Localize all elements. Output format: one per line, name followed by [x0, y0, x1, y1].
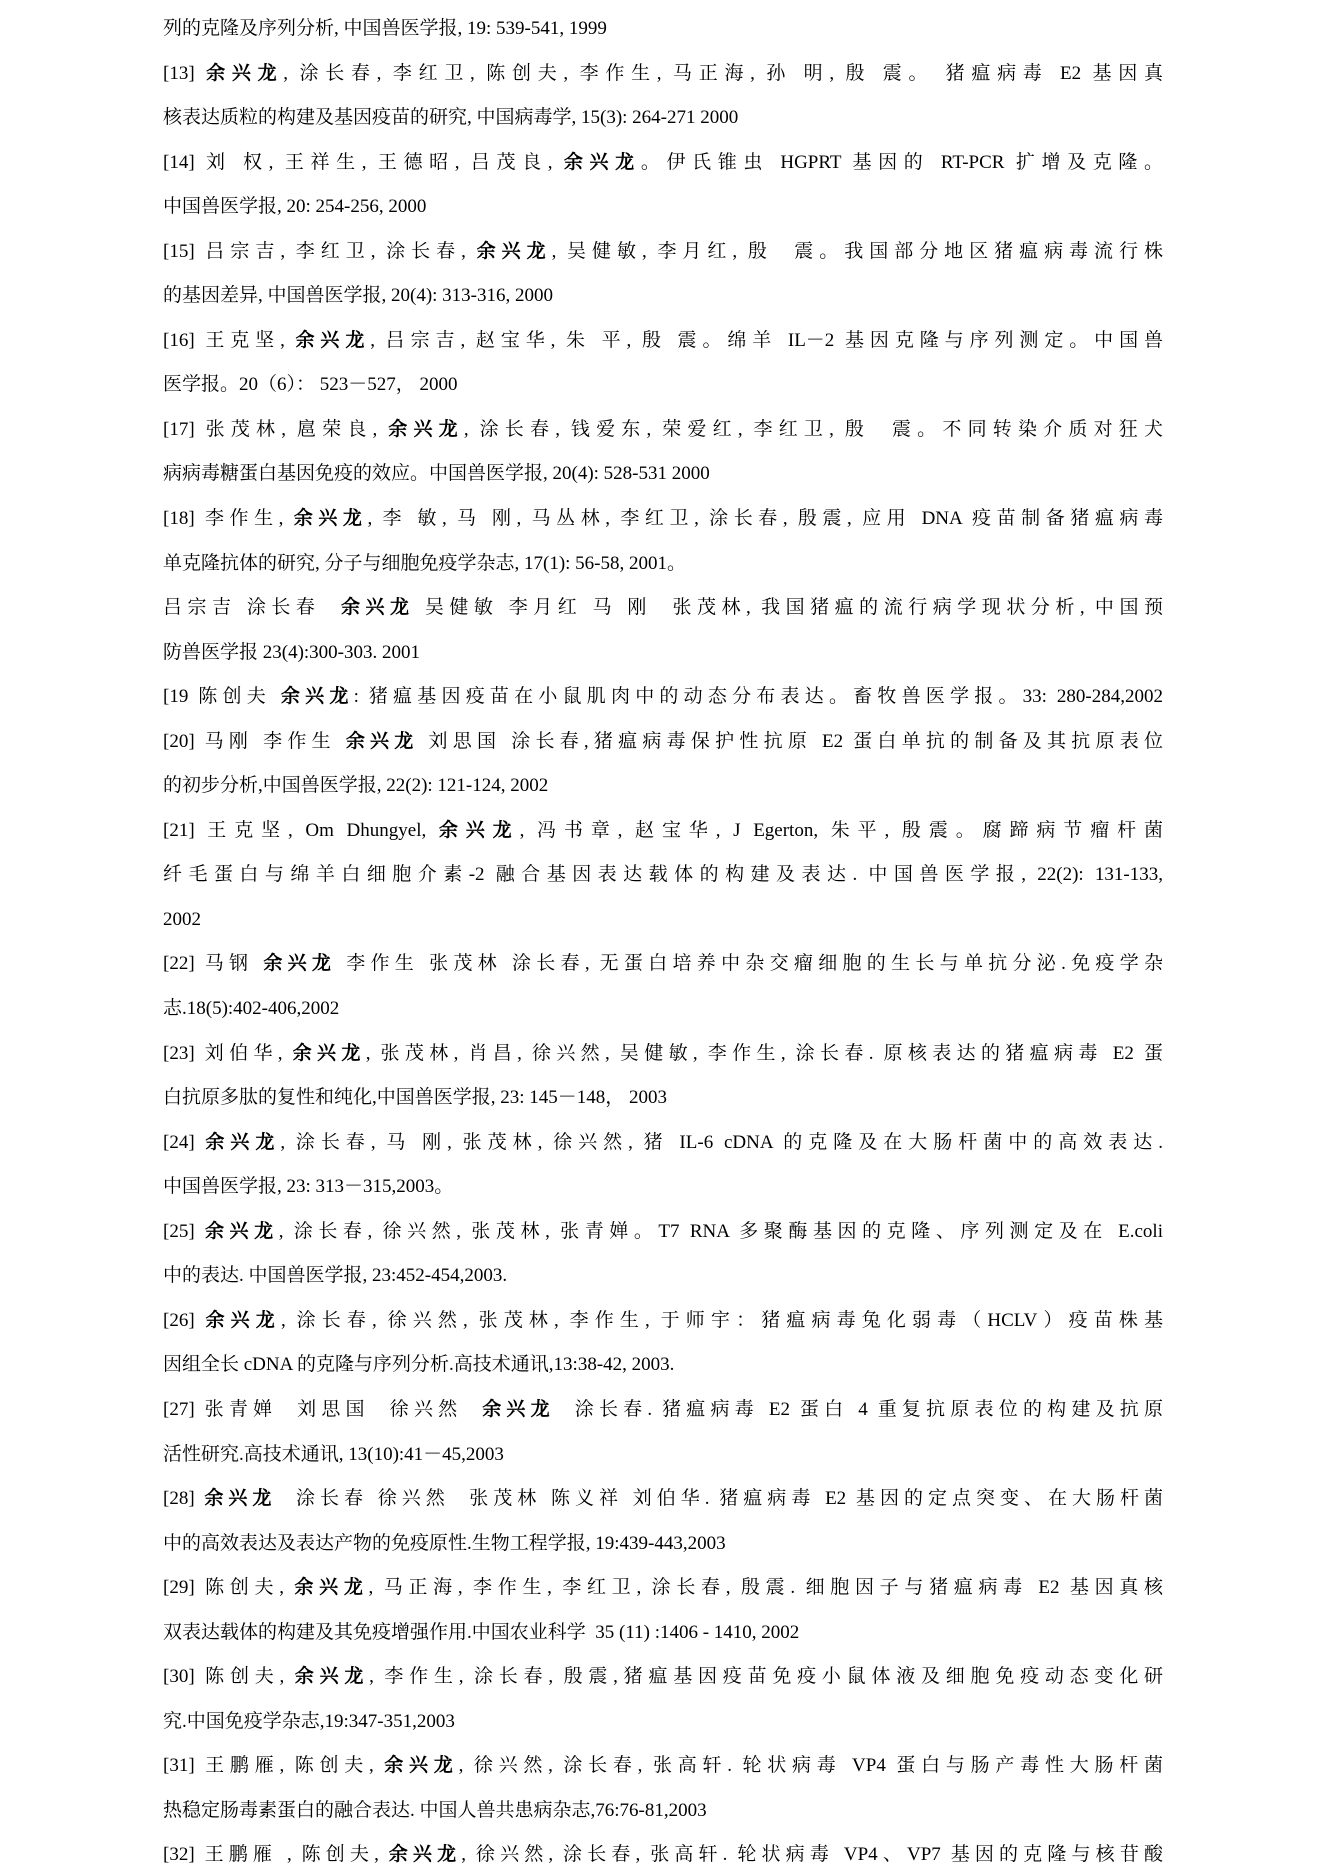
author-name-highlight: 余兴龙	[205, 1132, 280, 1153]
reference-line: 中的高效表达及表达产物的免疫原性.生物工程学报, 19:439-443,2003	[163, 1522, 1163, 1567]
reference-line: [14] 刘 权, 王祥生, 王德昭, 吕茂良, 余兴龙。伊氏锥虫 HGPRT …	[163, 141, 1163, 186]
publication-list: 列的克隆及序列分析, 中国兽医学报, 19: 539-541, 1999[13]…	[163, 7, 1163, 1871]
reference-line: 纤毛蛋白与绵羊白细胞介素-2 融合基因表达载体的构建及表达. 中国兽医学报, 2…	[163, 853, 1163, 898]
reference-text: 因组全长 cDNA 的克隆与序列分析.高技术通讯,13:38-42, 2003.	[163, 1354, 674, 1375]
reference-line: 医学报。20（6）： 523－527， 2000	[163, 363, 1163, 408]
reference-text: , 冯书章, 赵宝华, J Egerton, 朱平, 殷震。腐蹄病节瘤杆菌	[520, 820, 1163, 841]
reference-line: 列的克隆及序列分析, 中国兽医学报, 19: 539-541, 1999	[163, 7, 1163, 52]
reference-text: , 徐兴然, 涂长春, 张高轩. 轮状病毒 VP4 蛋白与肠产毒性大肠杆菌	[459, 1755, 1163, 1776]
document-page: 列的克隆及序列分析, 中国兽医学报, 19: 539-541, 1999[13]…	[0, 0, 1323, 1871]
reference-text: , 马正海, 李作生, 李红卫, 涂长春, 殷震. 细胞因子与猪瘟病毒 E2 基…	[369, 1577, 1163, 1598]
reference-text: , 徐兴然, 涂长春, 张高轩. 轮状病毒 VP4、VP7 基因的克隆与核苷酸	[461, 1844, 1163, 1865]
reference-text: 中国兽医学报, 23: 313－315,2003。	[163, 1176, 453, 1197]
author-name-highlight: 余兴龙	[564, 152, 641, 173]
reference-line: 双表达载体的构建及其免疫增强作用.中国农业科学 35 (11) :1406 - …	[163, 1611, 1163, 1656]
reference-text: [19 陈创夫	[163, 686, 281, 707]
author-name-highlight: 余兴龙	[384, 1755, 458, 1776]
reference-line: 吕宗吉 涂长春 余兴龙 吴健敏 李月红 马 刚 张茂林, 我国猪瘟的流行病学现状…	[163, 586, 1163, 631]
reference-text: [22] 马钢	[163, 953, 263, 974]
reference-line: 的基因差异, 中国兽医学报, 20(4): 313-316, 2000	[163, 274, 1163, 319]
reference-text: 单克隆抗体的研究, 分子与细胞免疫学杂志, 17(1): 56-58, 2001…	[163, 553, 686, 574]
reference-text: 中国兽医学报, 20: 254-256, 2000	[163, 196, 426, 217]
reference-text: , 涂长春, 徐兴然, 张茂林, 李作生, 于师宇：猪瘟病毒兔化弱毒（HCLV）…	[281, 1310, 1163, 1331]
author-name-highlight: 余兴龙	[206, 1310, 281, 1331]
reference-line: [16] 王克坚, 余兴龙, 吕宗吉, 赵宝华, 朱 平, 殷 震。绵羊 IL－…	[163, 319, 1163, 364]
reference-line: [21] 王克坚, Om Dhungyel, 余兴龙, 冯书章, 赵宝华, J …	[163, 809, 1163, 854]
author-name-highlight: 余兴龙	[295, 1666, 369, 1687]
reference-line: [13] 余兴龙, 涂长春, 李红卫, 陈创夫, 李作生, 马正海, 孙 明, …	[163, 52, 1163, 97]
reference-text: [26]	[163, 1310, 206, 1331]
reference-line: 中国兽医学报, 23: 313－315,2003。	[163, 1165, 1163, 1210]
reference-text: , 涂长春, 徐兴然, 张茂林, 张青婵。T7 RNA 多聚酶基因的克隆、序列测…	[279, 1221, 1163, 1242]
reference-line: [24] 余兴龙, 涂长春, 马 刚, 张茂林, 徐兴然, 猪 IL-6 cDN…	[163, 1121, 1163, 1166]
reference-text: [21] 王克坚, Om Dhungyel,	[163, 820, 439, 841]
reference-text: , 涂长春, 李红卫, 陈创夫, 李作生, 马正海, 孙 明, 殷 震。 猪瘟病…	[283, 63, 1163, 84]
reference-line: [22] 马钢 余兴龙 李作生 张茂林 涂长春, 无蛋白培养中杂交瘤细胞的生长与…	[163, 942, 1163, 987]
reference-line: 活性研究.高技术通讯, 13(10):41－45,2003	[163, 1433, 1163, 1478]
reference-line: [31] 王鹏雁, 陈创夫, 余兴龙, 徐兴然, 涂长春, 张高轩. 轮状病毒 …	[163, 1744, 1163, 1789]
reference-text: , 张茂林, 肖昌, 徐兴然, 吴健敏, 李作生, 涂长春. 原核表达的猪瘟病毒…	[366, 1043, 1163, 1064]
author-name-highlight: 余兴龙	[388, 419, 464, 440]
reference-text: [27] 张青婵 刘思国 徐兴然	[163, 1399, 482, 1420]
reference-text: , 李 敏, 马 刚, 马丛林, 李红卫, 涂长春, 殷震, 应用 DNA 疫苗…	[367, 508, 1163, 529]
reference-line: 因组全长 cDNA 的克隆与序列分析.高技术通讯,13:38-42, 2003.	[163, 1343, 1163, 1388]
reference-text: 的基因差异, 中国兽医学报, 20(4): 313-316, 2000	[163, 285, 553, 306]
reference-line: [15] 吕宗吉, 李红卫, 涂长春, 余兴龙, 吴健敏, 李月红, 殷 震。我…	[163, 230, 1163, 275]
author-name-highlight: 余兴龙	[206, 63, 283, 84]
reference-text: : 猪瘟基因疫苗在小鼠肌肉中的动态分布表达。畜牧兽医学报。33: 280-284…	[354, 686, 1163, 707]
reference-line: 病病毒糖蛋白基因免疫的效应。中国兽医学报, 20(4): 528-531 200…	[163, 452, 1163, 497]
reference-text: 涂长春 徐兴然 张茂林 陈义祥 刘伯华. 猪瘟病毒 E2 基因的定点突变、在大肠…	[276, 1488, 1163, 1509]
reference-line: 的初步分析,中国兽医学报, 22(2): 121-124, 2002	[163, 764, 1163, 809]
reference-text: 防兽医学报 23(4):300-303. 2001	[163, 642, 420, 663]
reference-line: 白抗原多肽的复性和纯化,中国兽医学报, 23: 145－148， 2003	[163, 1076, 1163, 1121]
reference-line: 核表达质粒的构建及基因疫苗的研究, 中国病毒学, 15(3): 264-271 …	[163, 96, 1163, 141]
author-name-highlight: 余兴龙	[204, 1488, 276, 1509]
reference-text: 核表达质粒的构建及基因疫苗的研究, 中国病毒学, 15(3): 264-271 …	[163, 107, 738, 128]
author-name-highlight: 余兴龙	[294, 508, 368, 529]
reference-text: [30] 陈创夫,	[163, 1666, 295, 1687]
reference-text: , 涂长春, 马 刚, 张茂林, 徐兴然, 猪 IL-6 cDNA 的克隆及在大…	[280, 1132, 1163, 1153]
reference-text: 白抗原多肽的复性和纯化,中国兽医学报, 23: 145－148， 2003	[163, 1087, 667, 1108]
reference-line: [20] 马刚 李作生 余兴龙 刘思国 涂长春,猪瘟病毒保护性抗原 E2 蛋白单…	[163, 720, 1163, 765]
reference-line: 防兽医学报 23(4):300-303. 2001	[163, 631, 1163, 676]
reference-text: [17] 张茂林, 扈荣良,	[163, 419, 388, 440]
reference-text: 2002	[163, 909, 201, 930]
reference-text: [13]	[163, 63, 206, 84]
reference-text: [16] 王克坚,	[163, 330, 296, 351]
reference-text: 活性研究.高技术通讯, 13(10):41－45,2003	[163, 1444, 504, 1465]
reference-text: 纤毛蛋白与绵羊白细胞介素-2 融合基因表达载体的构建及表达. 中国兽医学报, 2…	[163, 864, 1163, 885]
reference-line: [17] 张茂林, 扈荣良, 余兴龙, 涂长春, 钱爱东, 荣爱红, 李红卫, …	[163, 408, 1163, 453]
author-name-highlight: 余兴龙	[389, 1844, 461, 1865]
reference-text: 中的表达. 中国兽医学报, 23:452-454,2003.	[163, 1265, 507, 1286]
author-name-highlight: 余兴龙	[263, 953, 336, 974]
author-name-highlight: 余兴龙	[294, 1577, 368, 1598]
reference-text: [24]	[163, 1132, 205, 1153]
reference-text: [15] 吕宗吉, 李红卫, 涂长春,	[163, 241, 477, 262]
reference-text: [20] 马刚 李作生	[163, 731, 346, 752]
reference-line: 热稳定肠毒素蛋白的融合表达. 中国人兽共患病杂志,76:76-81,2003	[163, 1789, 1163, 1834]
reference-line: 中国兽医学报, 20: 254-256, 2000	[163, 185, 1163, 230]
reference-text: 热稳定肠毒素蛋白的融合表达. 中国人兽共患病杂志,76:76-81,2003	[163, 1800, 707, 1821]
reference-text: , 李作生, 涂长春, 殷震,猪瘟基因疫苗免疫小鼠体液及细胞免疫动态变化研	[369, 1666, 1163, 1687]
reference-text: 双表达载体的构建及其免疫增强作用.中国农业科学 35 (11) :1406 - …	[163, 1622, 799, 1643]
reference-line: [28] 余兴龙 涂长春 徐兴然 张茂林 陈义祥 刘伯华. 猪瘟病毒 E2 基因…	[163, 1477, 1163, 1522]
reference-text: [18] 李作生,	[163, 508, 294, 529]
author-name-highlight: 余兴龙	[439, 820, 520, 841]
author-name-highlight: 余兴龙	[296, 330, 371, 351]
author-name-highlight: 余兴龙	[346, 731, 419, 752]
reference-text: [25]	[163, 1221, 205, 1242]
reference-line: 志.18(5):402-406,2002	[163, 987, 1163, 1032]
reference-text: 列的克隆及序列分析, 中国兽医学报, 19: 539-541, 1999	[163, 18, 607, 39]
reference-text: 医学报。20（6）： 523－527， 2000	[163, 374, 458, 395]
reference-text: 。伊氏锥虫 HGPRT 基因的 RT-PCR 扩增及克隆。	[641, 152, 1163, 173]
reference-line: [25] 余兴龙, 涂长春, 徐兴然, 张茂林, 张青婵。T7 RNA 多聚酶基…	[163, 1210, 1163, 1255]
reference-text: [14] 刘 权, 王祥生, 王德昭, 吕茂良,	[163, 152, 564, 173]
reference-text: 的初步分析,中国兽医学报, 22(2): 121-124, 2002	[163, 775, 548, 796]
reference-line: [27] 张青婵 刘思国 徐兴然 余兴龙 涂长春. 猪瘟病毒 E2 蛋白 4 重…	[163, 1388, 1163, 1433]
reference-line: [29] 陈创夫, 余兴龙, 马正海, 李作生, 李红卫, 涂长春, 殷震. 细…	[163, 1566, 1163, 1611]
reference-text: 病病毒糖蛋白基因免疫的效应。中国兽医学报, 20(4): 528-531 200…	[163, 463, 710, 484]
reference-text: , 吴健敏, 李月红, 殷 震。我国部分地区猪瘟病毒流行株	[552, 241, 1163, 262]
reference-text: 吕宗吉 涂长春	[163, 597, 341, 618]
author-name-highlight: 余兴龙	[281, 686, 354, 707]
reference-text: [29] 陈创夫,	[163, 1577, 294, 1598]
reference-text: 刘思国 涂长春,猪瘟病毒保护性抗原 E2 蛋白单抗的制备及其抗原表位	[419, 731, 1163, 752]
reference-line: [23] 刘伯华, 余兴龙, 张茂林, 肖昌, 徐兴然, 吴健敏, 李作生, 涂…	[163, 1032, 1163, 1077]
author-name-highlight: 余兴龙	[293, 1043, 366, 1064]
reference-line: 究.中国免疫学杂志,19:347-351,2003	[163, 1700, 1163, 1745]
reference-text: , 涂长春, 钱爱东, 荣爱红, 李红卫, 殷 震。不同转染介质对狂犬	[464, 419, 1163, 440]
author-name-highlight: 余兴龙	[482, 1399, 555, 1420]
reference-text: 中的高效表达及表达产物的免疫原性.生物工程学报, 19:439-443,2003	[163, 1533, 726, 1554]
reference-text: 李作生 张茂林 涂长春, 无蛋白培养中杂交瘤细胞的生长与单抗分泌.免疫学杂	[336, 953, 1163, 974]
reference-text: [23] 刘伯华,	[163, 1043, 293, 1064]
reference-text: [32] 王鹏雁 , 陈创夫,	[163, 1844, 389, 1865]
reference-line: [32] 王鹏雁 , 陈创夫, 余兴龙, 徐兴然, 涂长春, 张高轩. 轮状病毒…	[163, 1833, 1163, 1871]
reference-line: 单克隆抗体的研究, 分子与细胞免疫学杂志, 17(1): 56-58, 2001…	[163, 542, 1163, 587]
author-name-highlight: 余兴龙	[341, 597, 415, 618]
reference-line: 中的表达. 中国兽医学报, 23:452-454,2003.	[163, 1254, 1163, 1299]
reference-text: [28]	[163, 1488, 204, 1509]
reference-text: 吴健敏 李月红 马 刚 张茂林, 我国猪瘟的流行病学现状分析, 中国预	[415, 597, 1163, 618]
reference-line: [30] 陈创夫, 余兴龙, 李作生, 涂长春, 殷震,猪瘟基因疫苗免疫小鼠体液…	[163, 1655, 1163, 1700]
reference-text: 志.18(5):402-406,2002	[163, 998, 339, 1019]
reference-line: [26] 余兴龙, 涂长春, 徐兴然, 张茂林, 李作生, 于师宇：猪瘟病毒兔化…	[163, 1299, 1163, 1344]
author-name-highlight: 余兴龙	[205, 1221, 279, 1242]
reference-line: 2002	[163, 898, 1163, 943]
reference-text: 究.中国免疫学杂志,19:347-351,2003	[163, 1711, 455, 1732]
reference-text: , 吕宗吉, 赵宝华, 朱 平, 殷 震。绵羊 IL－2 基因克隆与序列测定。中…	[370, 330, 1163, 351]
reference-text: [31] 王鹏雁, 陈创夫,	[163, 1755, 384, 1776]
reference-text: 涂长春. 猪瘟病毒 E2 蛋白 4 重复抗原表位的构建及抗原	[555, 1399, 1163, 1420]
author-name-highlight: 余兴龙	[477, 241, 552, 262]
reference-line: [18] 李作生, 余兴龙, 李 敏, 马 刚, 马丛林, 李红卫, 涂长春, …	[163, 497, 1163, 542]
reference-line: [19 陈创夫 余兴龙: 猪瘟基因疫苗在小鼠肌肉中的动态分布表达。畜牧兽医学报。…	[163, 675, 1163, 720]
